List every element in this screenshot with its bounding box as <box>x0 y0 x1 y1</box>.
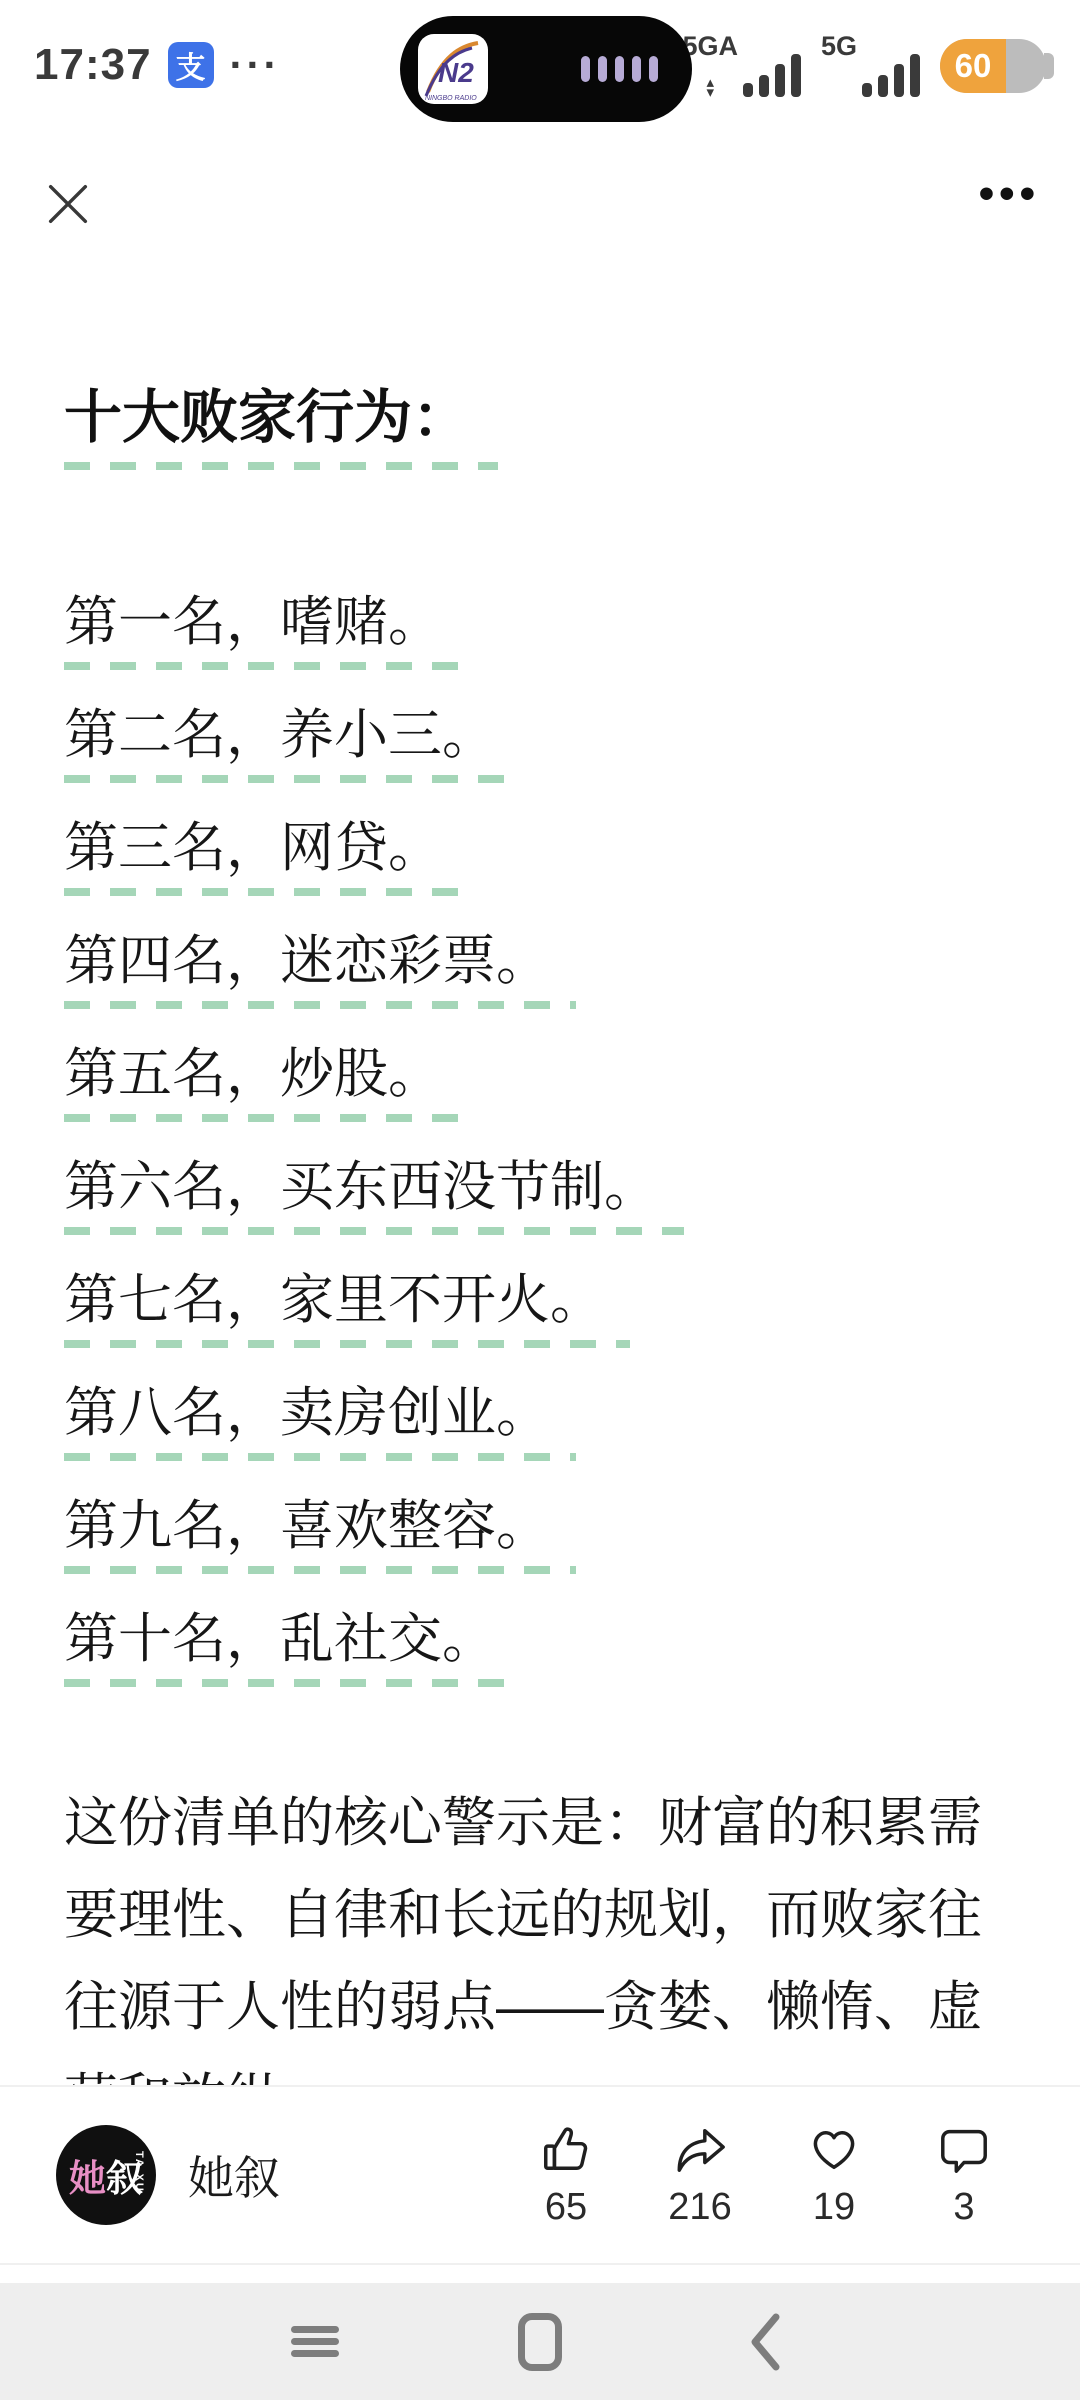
list-item: 第一名，嗜赌。 <box>64 579 1064 670</box>
recents-button[interactable] <box>285 2283 345 2400</box>
signal-sim1: 5GA ▴▾ <box>682 33 801 97</box>
network-type-sim2: 5G <box>821 33 857 60</box>
heart-icon <box>807 2122 861 2176</box>
list-item: 第十名，乱社交。 <box>64 1596 1064 1687</box>
list-item: 第四名，迷恋彩票。 <box>64 918 1064 1009</box>
author[interactable]: 她 叙 TA XU 她叙 <box>56 2125 280 2225</box>
favorite-button[interactable]: 19 <box>802 2122 866 2229</box>
more-options-button[interactable]: ••• <box>979 172 1040 216</box>
summary-paragraph: 这份清单的核心警示是：财富的积累需 要理性、自律和长远的规划，而败家往 往源于人… <box>64 1777 1064 2085</box>
list-item: 第三名，网贷。 <box>64 805 1064 896</box>
home-button[interactable] <box>512 2283 568 2400</box>
share-arrow-icon <box>673 2122 727 2176</box>
list-item: 第六名，买东西没节制。 <box>64 1144 1064 1235</box>
author-avatar[interactable]: 她 叙 TA XU <box>56 2125 156 2225</box>
post-content[interactable]: 十大败家行为： 第一名，嗜赌。 第二名，养小三。 第三名，网贷。 第四名，迷恋彩… <box>64 330 1064 2085</box>
svg-text:NINGBO RADIO: NINGBO RADIO <box>425 95 477 102</box>
post-header: ••• <box>0 170 1080 280</box>
list-item: 第七名，家里不开火。 <box>64 1257 1064 1348</box>
signal-bars-sim1 <box>743 51 801 97</box>
screen: 17:37 支 ··· N2 NINGBO RADIO 5GA ▴ <box>0 0 1080 2400</box>
battery-nub <box>1044 53 1054 79</box>
network-type-sim1: 5GA <box>682 33 738 60</box>
radio-app-icon: N2 NINGBO RADIO <box>418 34 488 104</box>
list-item: 第五名，炒股。 <box>64 1031 1064 1122</box>
list-item: 第八名，卖房创业。 <box>64 1370 1064 1461</box>
share-button[interactable]: 216 <box>664 2122 736 2229</box>
battery-percent: 60 <box>955 47 992 85</box>
status-left: 17:37 支 ··· <box>34 40 281 90</box>
list-item: 第九名，喜欢整容。 <box>64 1483 1064 1574</box>
battery-indicator: 60 <box>940 39 1046 93</box>
thumbs-up-icon <box>539 2122 593 2176</box>
signal-bars-sim2 <box>862 51 920 97</box>
author-name: 她叙 <box>188 2142 280 2208</box>
comment-button[interactable]: 3 <box>932 2122 996 2229</box>
audio-activity-icon <box>581 56 658 82</box>
status-bar: 17:37 支 ··· N2 NINGBO RADIO 5GA ▴ <box>0 0 1080 130</box>
home-square-icon <box>518 2313 562 2371</box>
comment-bubble-icon <box>937 2122 991 2176</box>
list-item: 第二名，养小三。 <box>64 692 1064 783</box>
action-buttons: 65 216 19 3 <box>534 2122 996 2229</box>
close-icon <box>42 178 94 230</box>
more-notifications-icon: ··· <box>230 44 281 86</box>
alipay-notification-icon: 支 <box>168 42 214 88</box>
svg-text:N2: N2 <box>438 57 474 88</box>
system-navbar <box>0 2283 1080 2400</box>
back-chevron-icon <box>747 2310 783 2374</box>
signal-sim2: 5G <box>821 33 920 97</box>
status-right: 5GA ▴▾ 5G <box>682 33 1046 97</box>
ranking-list: 第一名，嗜赌。 第二名，养小三。 第三名，网贷。 第四名，迷恋彩票。 第五名，炒… <box>64 579 1064 1687</box>
post-title: 十大败家行为： <box>64 370 498 470</box>
engagement-bar: 她 叙 TA XU 她叙 65 216 <box>0 2085 1080 2265</box>
menu-lines-icon <box>291 2321 339 2362</box>
back-button[interactable] <box>741 2283 789 2400</box>
clock: 17:37 <box>34 40 152 90</box>
close-button[interactable] <box>42 178 94 233</box>
data-activity-icon: ▴▾ <box>706 78 714 97</box>
camera-notch-pill: N2 NINGBO RADIO <box>400 16 692 122</box>
like-button[interactable]: 65 <box>534 2122 598 2229</box>
